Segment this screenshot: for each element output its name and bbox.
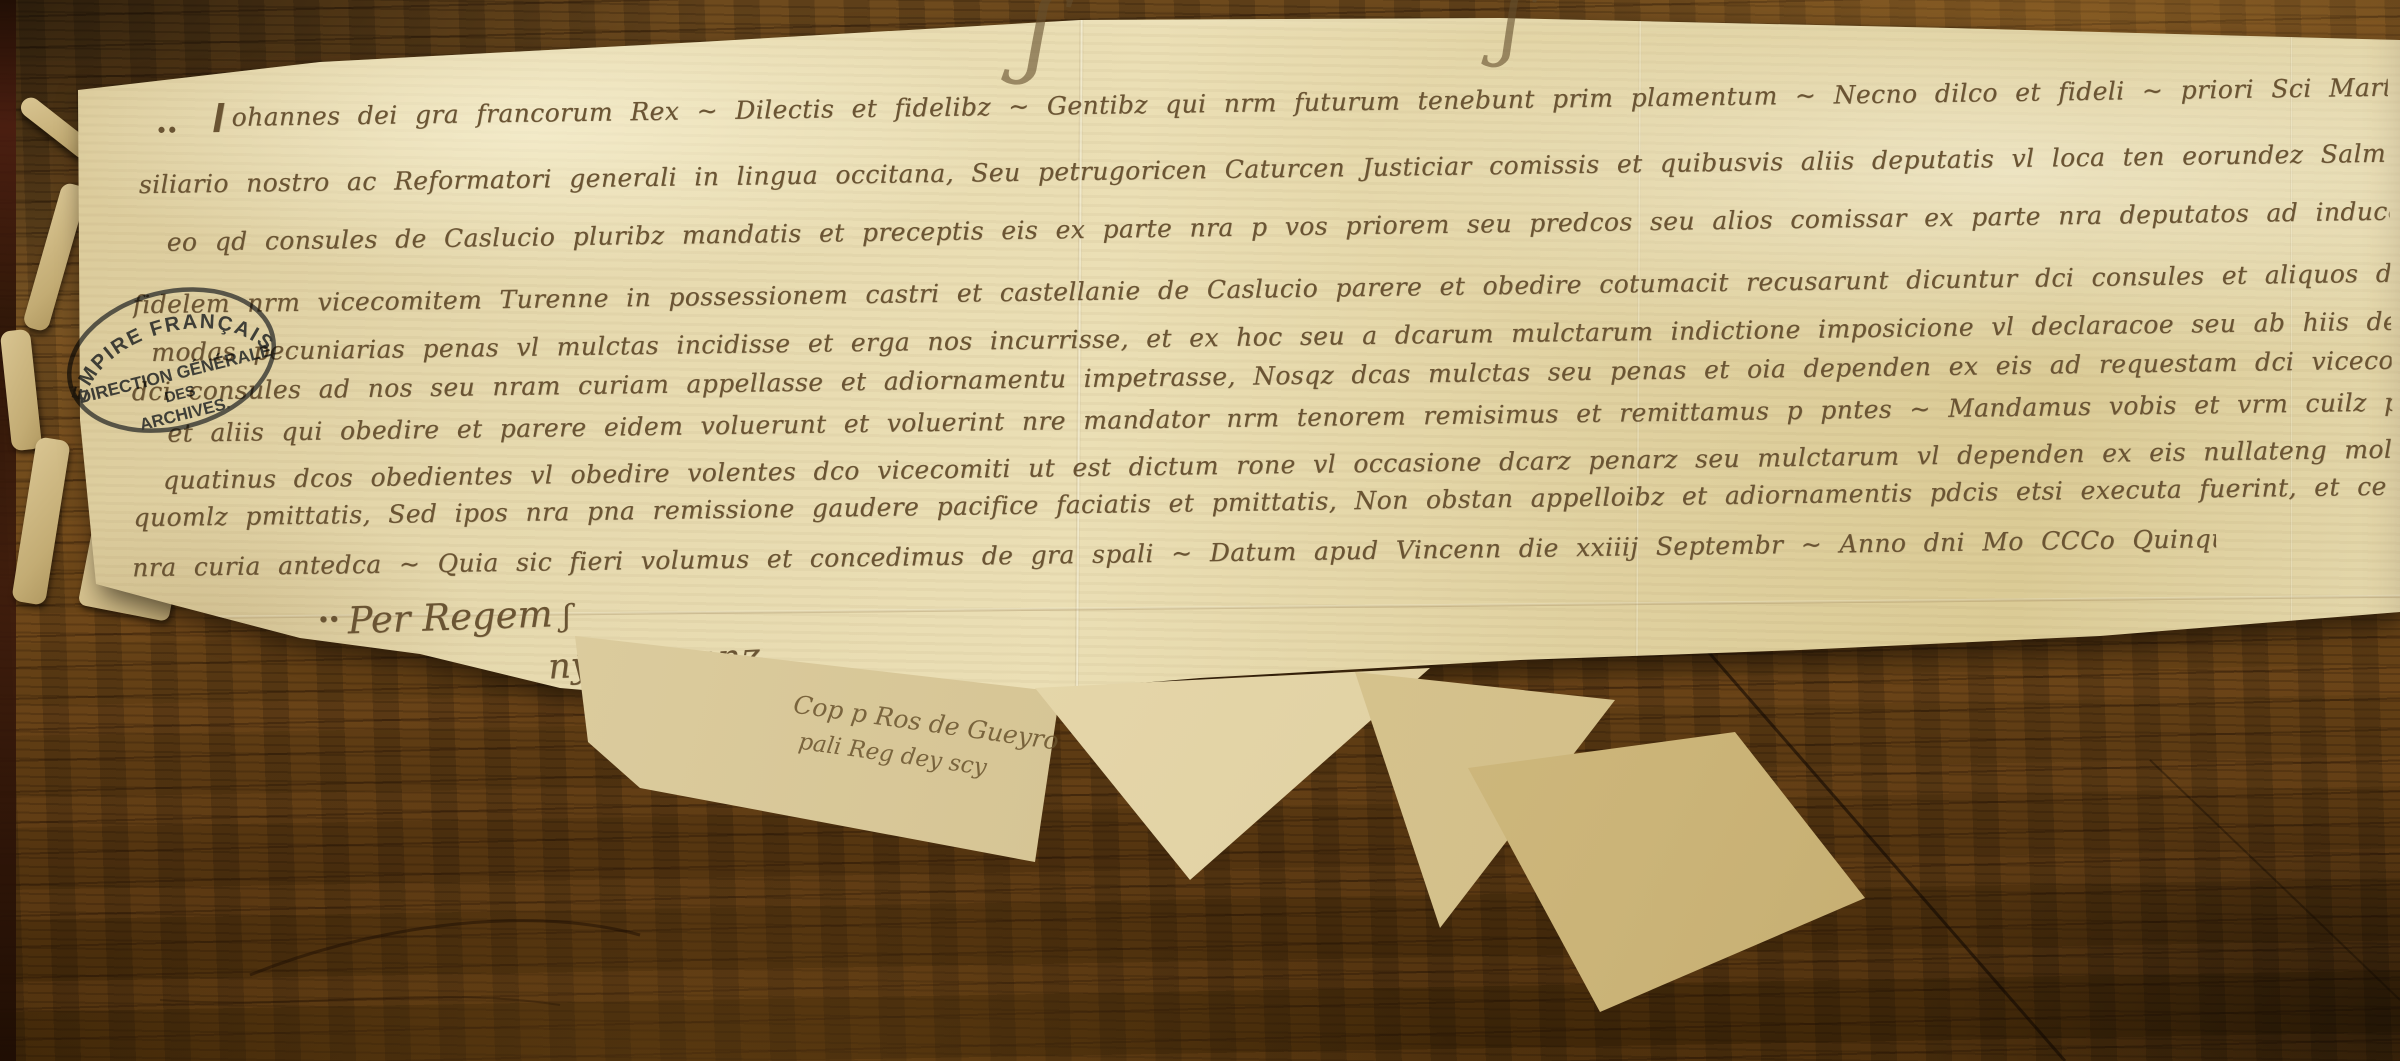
charter-line-10: nra curia antedca ~ Quia sic fieri volum…	[132, 524, 2216, 582]
subscription-prefix-mark: ∙∙	[318, 607, 340, 633]
per-regem-subscription: ∙∙Per Regemʃ	[317, 592, 571, 644]
charter-line-1: Johannes dei gra francorum Rex ~ Dilecti…	[205, 73, 2388, 132]
charter-line-3: eo qd consules de Caslucio pluribz manda…	[167, 197, 2390, 257]
photograph-of-medieval-charter: ∙∙ ʃ ʃ Johannes dei gra francorum Rex ~ …	[0, 0, 2400, 1061]
ascender-flourish-icon: ʃ	[1496, 0, 1527, 66]
paragraph-mark: ∙∙	[156, 118, 178, 143]
ascender-flourish-icon: ʃ	[1020, 0, 1061, 83]
initial-letter: J	[205, 86, 229, 132]
per-regem-text: Per Regem	[347, 592, 553, 642]
subscription-flourish: ʃ	[562, 599, 571, 634]
charter-text-block: ∙∙ ʃ ʃ Johannes dei gra francorum Rex ~ …	[0, 0, 2400, 1061]
charter-line-4: fidelem nrm vicecomitem Turenne in posse…	[132, 259, 2390, 320]
charter-line-1-text: ohannes dei gra francorum Rex ~ Dilectis…	[231, 73, 2388, 132]
charter-line-2: siliario nostro ac Reformatori generali …	[139, 139, 2389, 199]
